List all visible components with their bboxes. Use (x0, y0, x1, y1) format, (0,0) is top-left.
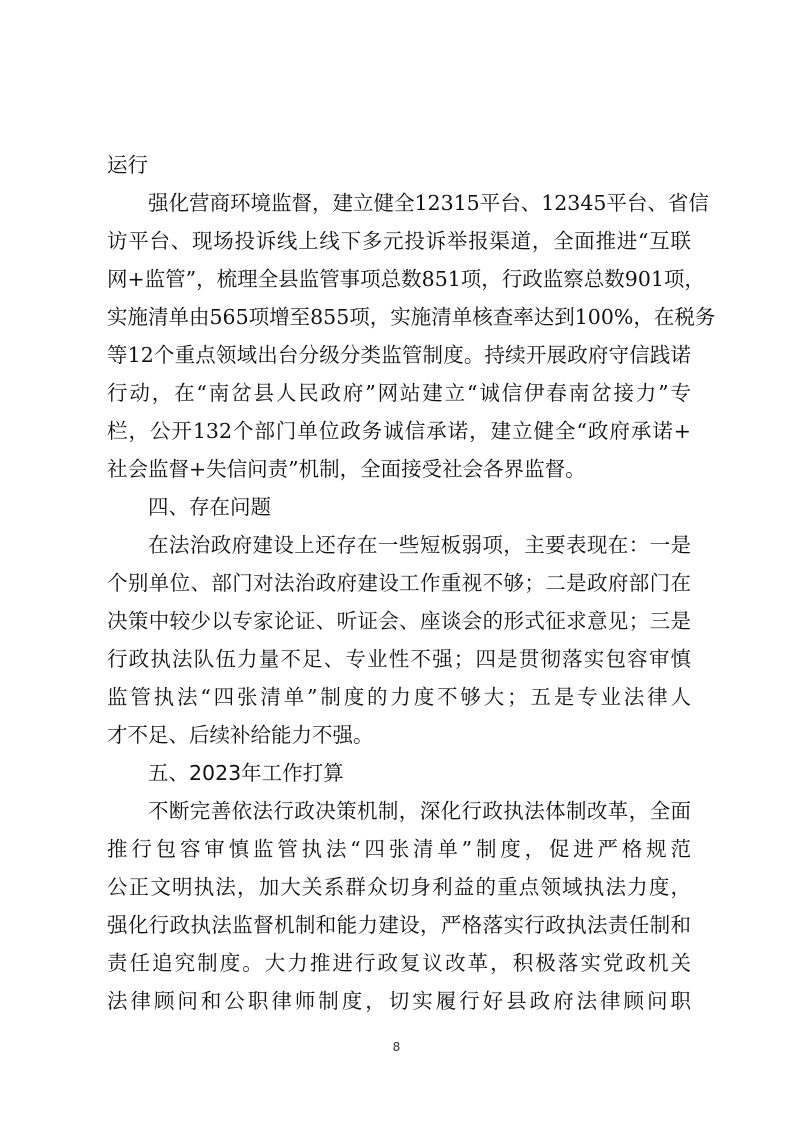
paragraph-line: 决策中较少以专家论证、听证会、座谈会的形式征求意见；三是 (107, 602, 691, 640)
paragraph-line: 监管执法“四张清单”制度的力度不够大；五是专业法律人 (107, 678, 691, 716)
paragraph-line: 等12个重点领域出台分级分类监管制度。持续开展政府守信践诺 (107, 336, 691, 374)
page-number: 8 (0, 1040, 793, 1054)
paragraph-line: 推行包容审慎监管执法“四张清单”制度，促进严格规范 (107, 830, 691, 868)
section5-heading: 五、2023年工作打算 (107, 754, 691, 792)
section4-paragraph: 在法治政府建设上还存在一些短板弱项，主要表现在：一是 个别单位、部门对法治政府建… (107, 526, 691, 754)
paragraph-line: 强化营商环境监督，建立健全12315平台、12345平台、省信 (107, 184, 691, 222)
paragraph-line: 不断完善依法行政决策机制，深化行政执法体制改革，全面 (107, 792, 691, 830)
section4-heading: 四、存在问题 (107, 488, 691, 526)
paragraph-line: 实施清单由565项增至855项，实施清单核查率达到100%，在税务 (107, 298, 691, 336)
paragraph-line: 才不足、后续补给能力不强。 (107, 716, 691, 754)
paragraph-line: 栏，公开132个部门单位政务诚信承诺，建立健全“政府承诺+ (107, 412, 691, 450)
paragraph-line: 行动，在“南岔县人民政府”网站建立“诚信伊春南岔接力”专 (107, 374, 691, 412)
paragraph-line: 在法治政府建设上还存在一些短板弱项，主要表现在：一是 (107, 526, 691, 564)
paragraph-line: 责任追究制度。大力推进行政复议改革，积极落实党政机关 (107, 944, 691, 982)
paragraph-line: 社会监督+失信问责”机制，全面接受社会各界监督。 (107, 450, 691, 488)
paragraph-line: 强化行政执法监督机制和能力建设，严格落实行政执法责任制和 (107, 906, 691, 944)
paragraph-line: 网+监管”，梳理全县监管事项总数851项，行政监察总数901项， (107, 260, 691, 298)
paragraph-line: 法律顾问和公职律师制度，切实履行好县政府法律顾问职 (107, 982, 691, 1020)
section5-paragraph: 不断完善依法行政决策机制，深化行政执法体制改革，全面 推行包容审慎监管执法“四张… (107, 792, 691, 1020)
section3-paragraph: 强化营商环境监督，建立健全12315平台、12345平台、省信 访平台、现场投诉… (107, 184, 691, 488)
continuation-heading: 运行 (107, 146, 691, 184)
document-page: 运行 强化营商环境监督，建立健全12315平台、12345平台、省信 访平台、现… (107, 146, 691, 1020)
paragraph-line: 行政执法队伍力量不足、专业性不强；四是贯彻落实包容审慎 (107, 640, 691, 678)
paragraph-line: 个别单位、部门对法治政府建设工作重视不够；二是政府部门在 (107, 564, 691, 602)
paragraph-line: 公正文明执法，加大关系群众切身利益的重点领域执法力度， (107, 868, 691, 906)
paragraph-line: 访平台、现场投诉线上线下多元投诉举报渠道，全面推进“互联 (107, 222, 691, 260)
